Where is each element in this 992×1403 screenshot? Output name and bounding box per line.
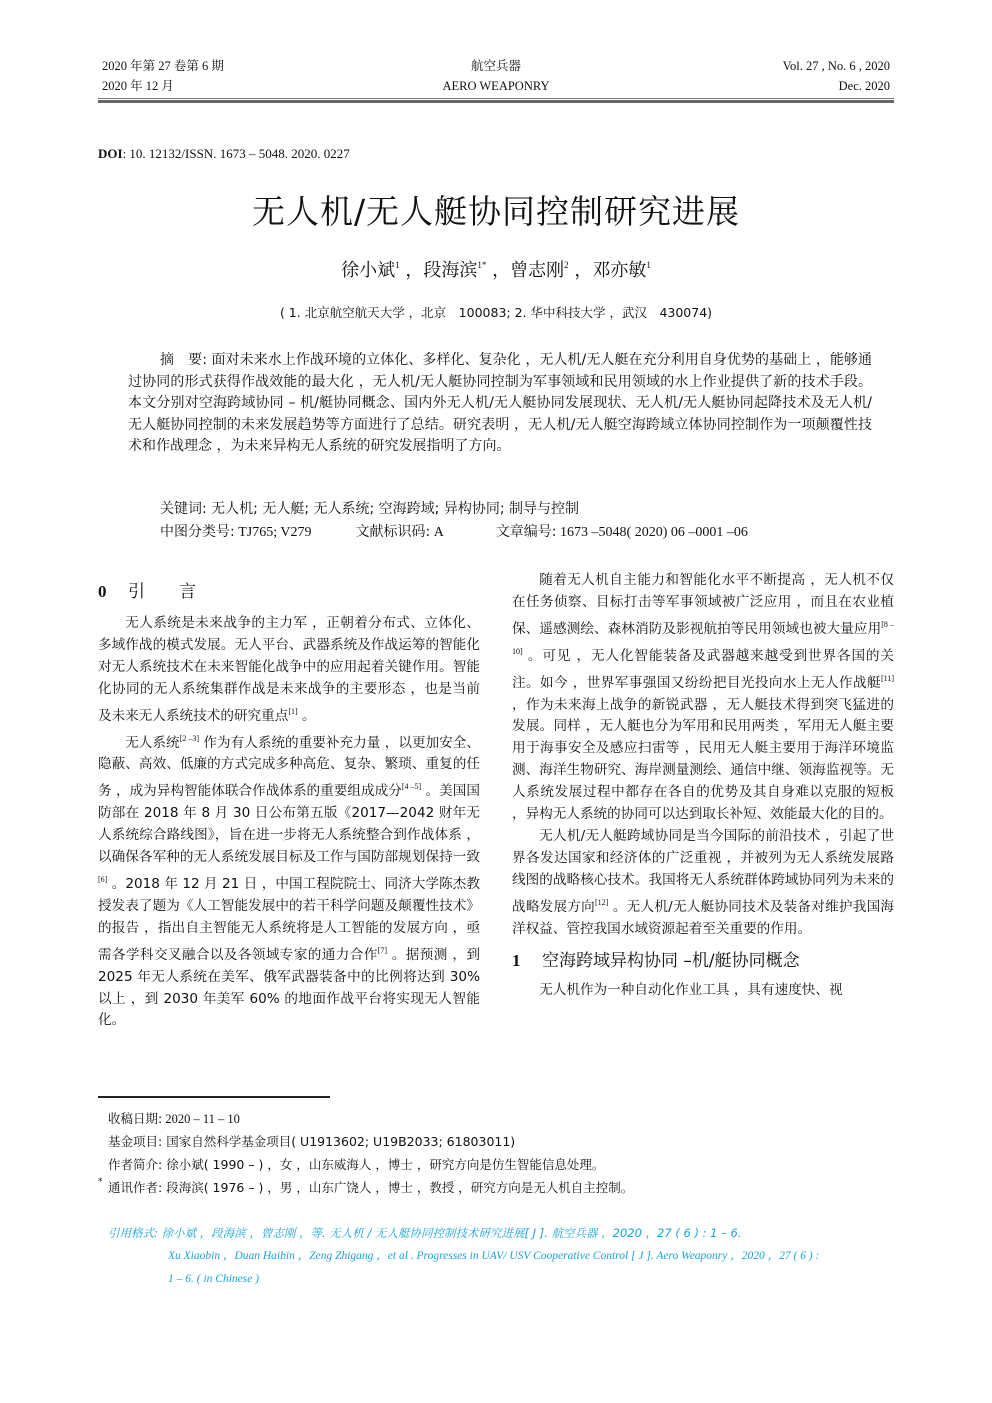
reference-link[interactable]: [12] (595, 898, 608, 907)
classification-line: 中图分类号: TJ765; V279文献标识码: A文章编号: 1673 –50… (160, 521, 748, 544)
author-separator: ， (400, 260, 424, 281)
author: 徐小斌 (341, 260, 395, 281)
affiliations: ( 1. 北京航空航天大学 ，北京 100083; 2. 华中科技大学 ，武汉 … (0, 303, 992, 321)
reference-link[interactable]: [4 –5] (402, 782, 421, 791)
section1-paragraph-1: 无人机作为一种自动化作业工具 ，具有速度快、视 (512, 980, 894, 1002)
header-rule-thick (98, 100, 894, 103)
keywords-label: 关键词: (160, 501, 207, 517)
author-bio-label: 作者简介: (108, 1157, 162, 1172)
paragraph-text: 随着无人机自主能力和智能化水平不断提高 ，无人机不仅在任务侦察、目标打击等军事领… (512, 572, 894, 637)
reference-link[interactable]: [2 –3] (180, 734, 199, 743)
footnote-author-bio: 作者简介: 徐小斌( 1990 – ) ，女 ，山东威海人 ，博士 ，研究方向是… (108, 1154, 604, 1176)
intro-paragraph-4: 无人机/无人艇跨域协同是当今国际的前沿技术 ，引起了世界各发达国家和经济体的广泛… (512, 826, 894, 941)
paragraph-text: 。可见 ，无人化智能装备及武器越来越受到世界各国的关注。如今 ，世界军事强国又纷… (512, 648, 894, 691)
footnote-rule (98, 1096, 330, 1098)
abstract-label: 摘 要: (160, 352, 207, 368)
fund-value: 国家自然科学基金项目( U1913602; U19B2033; 61803011… (162, 1134, 515, 1149)
doi: DOI: 10. 12132/ISSN. 1673 – 5048. 2020. … (98, 146, 350, 162)
author: 段海滨 (423, 260, 477, 281)
author-separator: ， (569, 260, 593, 281)
author: 邓亦敏 (592, 260, 646, 281)
article-no-label: 文章编号: (496, 524, 557, 540)
paragraph-text: 无人系统 (125, 735, 179, 751)
section-number: 1 (512, 949, 542, 973)
corresponding-label: 通讯作者: (108, 1180, 162, 1195)
left-column: 0引 言 无人系统是未来战争的主力军 ，正朝着分布式、立体化、多域作战的模式发展… (98, 580, 480, 1032)
intro-paragraph-2: 无人系统[2 –3] 作为有人系统的重要补充力量 ，以更加安全、隐蔽、高效、低廉… (98, 728, 480, 1033)
author-bio-value: 徐小斌( 1990 – ) ，女 ，山东威海人 ，博士 ，研究方向是仿生智能信息… (162, 1157, 604, 1172)
keywords-text: 无人机; 无人艇; 无人系统; 空海跨域; 异构协同; 制导与控制 (207, 501, 579, 517)
issue-date-en: Dec. 2020 (783, 76, 890, 96)
doc-code-label: 文献标识码: (355, 524, 430, 540)
citation-en-line2: 1 – 6. ( in Chinese ) (168, 1268, 259, 1291)
right-column: 随着无人机自主能力和智能化水平不断提高 ，无人机不仅在任务侦察、目标打击等军事领… (512, 570, 894, 1001)
reference-link[interactable]: [11] (881, 674, 894, 683)
footnote-fund: 基金项目: 国家自然科学基金项目( U1913602; U19B2033; 61… (108, 1131, 515, 1153)
section-title: 引 言 (128, 582, 196, 602)
section-title: 空海跨域异构协同 –机/艇协同概念 (542, 951, 800, 971)
abstract-text: 面对未来水上作战环境的立体化、多样化、复杂化 ，无人机/无人艇在充分利用自身优势… (128, 352, 872, 454)
author: 曾志刚 (510, 260, 564, 281)
reference-link[interactable]: [1] (288, 707, 297, 716)
received-date: 2020 – 11 – 10 (162, 1112, 240, 1126)
journal-issue-info-en: Vol. 27 , No. 6 , 2020 Dec. 2020 (783, 56, 890, 96)
footnote-corresponding: 通讯作者: 段海滨( 1976 – ) ，男 ，山东广饶人 ，博士 ，教授 ，研… (108, 1177, 633, 1199)
abstract: 摘 要: 面对未来水上作战环境的立体化、多样化、复杂化 ，无人机/无人艇在充分利… (128, 350, 872, 458)
corresponding-value: 段海滨( 1976 – ) ，男 ，山东广饶人 ，博士 ，教授 ，研究方向是无人… (162, 1180, 633, 1195)
footnote-received: 收稿日期: 2020 – 11 – 10 (108, 1108, 240, 1130)
citation-zh: 引用格式: 徐小斌 ，段海滨 ，曾志刚 ，等. 无人机 / 无人艇协同控制技术研… (108, 1222, 741, 1245)
citation-label: 引用格式: (108, 1226, 158, 1240)
header-rule-thin (98, 98, 894, 99)
paper-title: 无人机/无人艇协同控制研究进展 (0, 186, 992, 233)
clc-label: 中图分类号: (160, 524, 235, 540)
reference-link[interactable]: [7] (378, 946, 387, 955)
corresponding-star: * (98, 1177, 103, 1187)
received-label: 收稿日期: (108, 1111, 162, 1126)
reference-link[interactable]: [6] (98, 875, 107, 884)
author-affil-mark: 1 (646, 260, 651, 270)
fund-label: 基金项目: (108, 1134, 162, 1149)
keywords: 关键词: 无人机; 无人艇; 无人系统; 空海跨域; 异构协同; 制导与控制 (160, 498, 579, 520)
doi-label: DOI (98, 146, 123, 161)
intro-paragraph-3: 随着无人机自主能力和智能化水平不断提高 ，无人机不仅在任务侦察、目标打击等军事领… (512, 570, 894, 826)
paragraph-text: ，作为未来海上战争的新锐武器 ，无人艇技术得到突飞猛进的发展。同样 ，无人艇也分… (512, 697, 894, 823)
citation-en-line1: Xu Xiaobin ，Duan Haibin ，Zeng Zhigang ，e… (168, 1245, 819, 1268)
doc-code-value: A (430, 525, 444, 540)
clc-value: TJ765; V279 (235, 525, 312, 540)
citation-zh-text: 徐小斌 ，段海滨 ，曾志刚 ，等. 无人机 / 无人艇协同控制技术研究进展[ J… (158, 1226, 742, 1240)
section-heading-1: 1空海跨域异构协同 –机/艇协同概念 (512, 949, 894, 973)
doi-value[interactable]: : 10. 12132/ISSN. 1673 – 5048. 2020. 022… (123, 146, 350, 161)
section-heading-intro: 0引 言 (98, 580, 480, 604)
intro-paragraph-1: 无人系统是未来战争的主力军 ，正朝着分布式、立体化、多域作战的模式发展。无人平台… (98, 613, 480, 728)
article-no-value: 1673 –5048( 2020) 06 –0001 –06 (557, 525, 748, 540)
author-list: 徐小斌1 ，段海滨1* ，曾志刚2 ，邓亦敏1 (0, 256, 992, 282)
issue-volume-en: Vol. 27 , No. 6 , 2020 (783, 56, 890, 76)
paragraph-text: 。 (298, 708, 316, 724)
section-number: 0 (98, 580, 128, 604)
author-separator: ， (486, 260, 510, 281)
